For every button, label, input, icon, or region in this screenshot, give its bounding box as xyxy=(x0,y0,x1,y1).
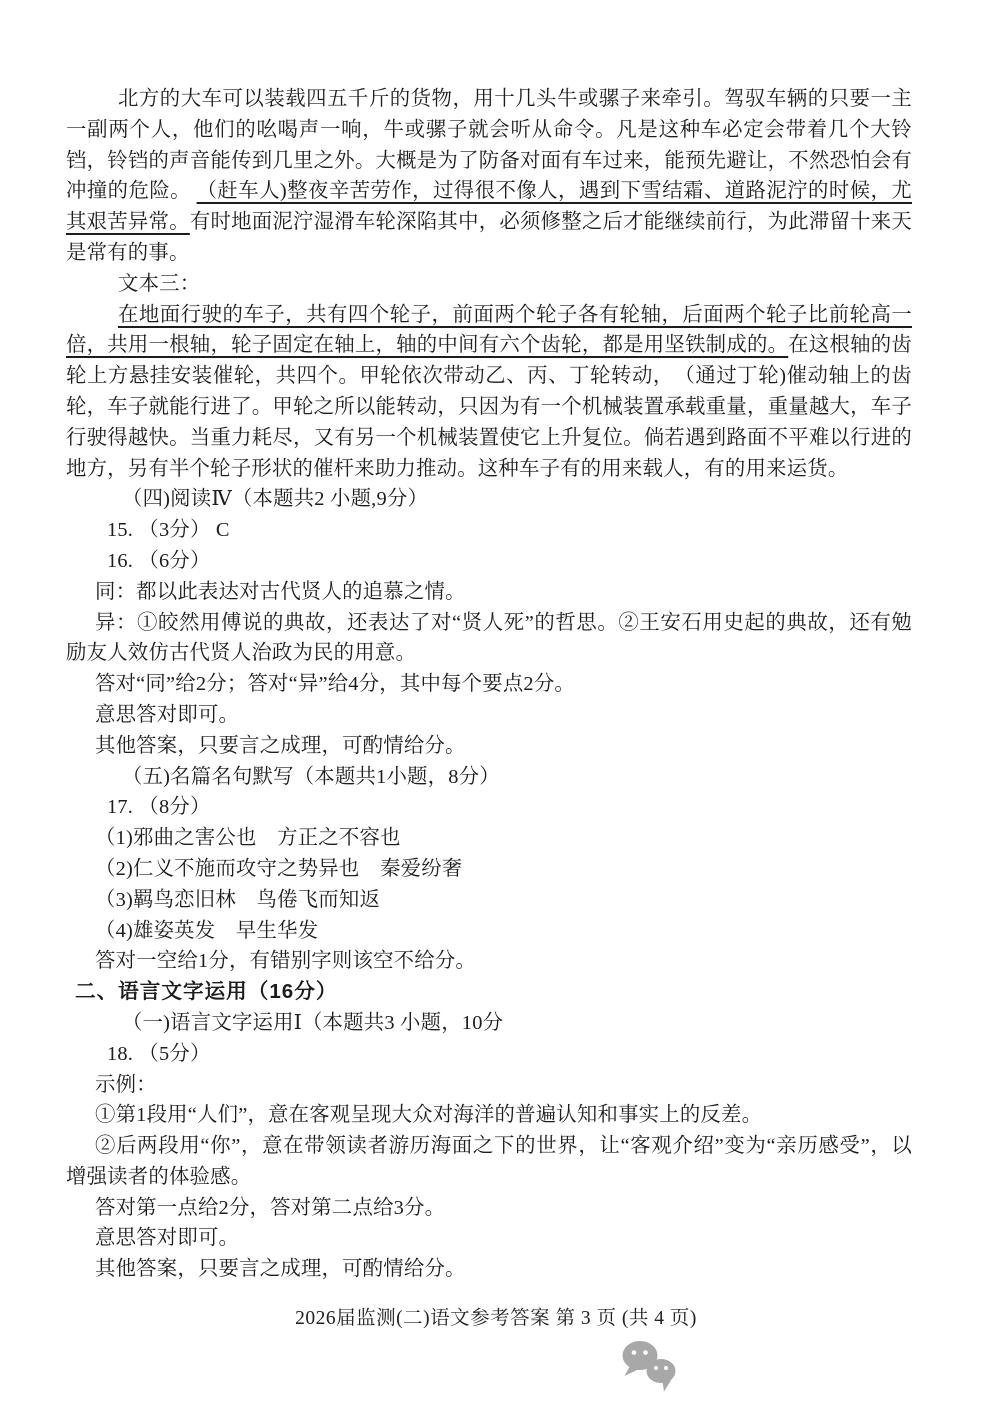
answer-17-item-1: （1)邪曲之害公也 方正之不容也 xyxy=(66,823,912,854)
answer-17-item-2: （2)仁义不施而攻守之势异也 秦爱纷奢 xyxy=(66,854,912,885)
answer-17-item-3: （3)羁鸟恋旧林 鸟倦飞而知返 xyxy=(66,885,912,916)
text-three-underlined-text: 在地面行驶的车子，共有四个轮子，前面两个轮子各有轮轴，后面两个轮子比前轮高一倍，… xyxy=(66,304,912,357)
text-three-paragraph: 在地面行驶的车子，共有四个轮子，前面两个轮子各有轮轴，后面两个轮子比前轮高一倍，… xyxy=(66,300,912,485)
answer-18-note-2: 其他答案，只要言之成理，可酌情给分。 xyxy=(66,1254,912,1285)
passage-two-text-end: 有时地面泥泞湿滑车轮深陷其中，必须修整之后才能继续前行，为此滞留十来天是常有的事… xyxy=(66,211,912,264)
answer-16-note-2: 其他答案，只要言之成理，可酌情给分。 xyxy=(66,731,912,762)
section-five-heading: （五)名篇名句默写（本题共1小题，8分） xyxy=(66,762,912,793)
section-two-heading: 二、语言文字运用（16分） xyxy=(66,977,912,1008)
answer-16-rubric: 答对“同”给2分；答对“异”给4分，其中每个要点2分。 xyxy=(66,669,912,700)
section-two-sub-heading: （一)语言文字运用Ⅰ（本题共3 小题，10分 xyxy=(66,1008,912,1039)
answer-18-example-label: 示例： xyxy=(66,1070,912,1101)
answer-15: 15. （3分） C xyxy=(66,515,912,546)
section-four-heading: （四)阅读Ⅳ（本题共2 小题,9分） xyxy=(66,484,912,515)
answer-18-note-1: 意思答对即可。 xyxy=(66,1223,912,1254)
answer-16-same: 同：都以此表达对古代贤人的追慕之情。 xyxy=(66,577,912,608)
wechat-icon xyxy=(616,1338,680,1396)
text-three-label: 文本三： xyxy=(66,269,912,300)
answer-18-score: 18. （5分） xyxy=(66,1039,912,1070)
page-footer: 2026届监测(二)语文参考答案 第 3 页 (共 4 页) xyxy=(0,1302,992,1330)
answer-17-rubric: 答对一空给1分，有错别字则该空不给分。 xyxy=(66,946,912,977)
answer-17-score: 17. （8分） xyxy=(66,792,912,823)
answer-16-note-1: 意思答对即可。 xyxy=(66,700,912,731)
answer-16-different: 异：①皎然用傅说的典故，还表达了对“贤人死”的哲思。②王安石用史起的典故，还有勉… xyxy=(66,608,912,670)
document-content: 北方的大车可以装载四五千斤的货物，用十几头牛或骡子来牵引。驾驭车辆的只要一主一副… xyxy=(66,84,912,1285)
passage-two-paragraph: 北方的大车可以装载四五千斤的货物，用十几头牛或骡子来牵引。驾驭车辆的只要一主一副… xyxy=(66,84,912,269)
answer-16-score: 16. （6分） xyxy=(66,546,912,577)
answer-18-point-2: ②后两段用“你”，意在带领读者游历海面之下的世界，让“客观介绍”变为“亲历感受”… xyxy=(66,1131,912,1193)
answer-18-point-1: ①第1段用“人们”，意在客观呈现大众对海洋的普遍认知和事实上的反差。 xyxy=(66,1100,912,1131)
answer-18-rubric: 答对第一点给2分，答对第二点给3分。 xyxy=(66,1193,912,1224)
answer-17-item-4: （4)雄姿英发 早生华发 xyxy=(66,916,912,947)
